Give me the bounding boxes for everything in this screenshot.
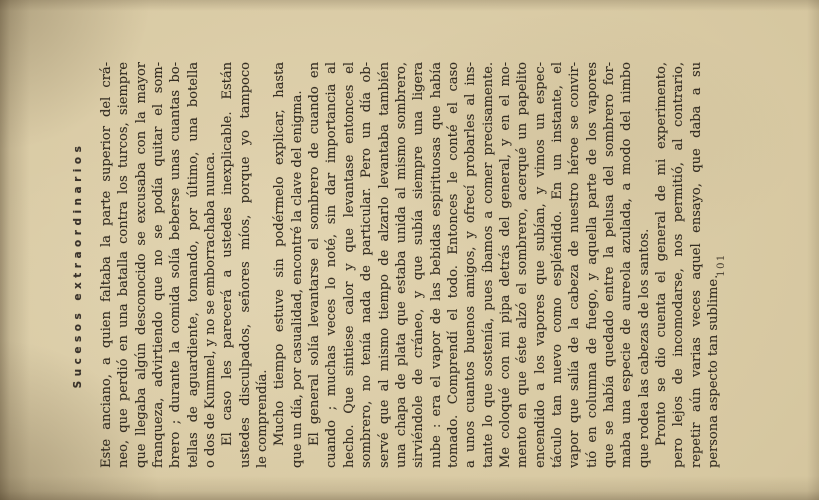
text-line: tante lo que sostenía, pues íbamos a com… [480,62,497,468]
text-line: encendido a los vapores que subían, y vi… [532,62,549,468]
text-line: mento en que éste alzó el sombrero, acer… [514,62,531,468]
text-line: o dos de Kummel, y no se emborrachaba nu… [202,62,219,468]
text-line: El caso les parecerá a ustedes inexplica… [219,62,236,468]
paragraph: Pronto se dio cuenta el general de mi ex… [653,62,722,468]
text-line: tomado. Comprendí el todo. Entonces le c… [445,62,462,468]
text-line: que un día, por casualidad, encontré la … [289,62,306,468]
text-line: una chapa de plata que estaba unida al m… [393,62,410,468]
text-line: cuando ; muchas veces lo noté, sin dar i… [323,62,340,468]
text-line: que llegaba algún desconocido se excusab… [133,62,150,468]
text-line: Me coloqué con mi pipa detrás del genera… [497,62,514,468]
text-line: hecho. Que sintiese calor y que levantas… [341,62,358,468]
text-line: neo, que perdió en una batalla contra lo… [115,62,132,468]
text-line: Pronto se dio cuenta el general de mi ex… [653,62,670,468]
text-line: ustedes disculpados, señores míos, porqu… [237,62,254,468]
text-line: nube : era el vapor de las bebidas espir… [428,62,445,468]
text-line: que rodea las cabezas de los santos. [636,62,653,468]
text-line: repetir aún varias veces aquel ensayo, q… [688,62,705,468]
text-line: pero lejos de incomodarse, nos permitió,… [670,62,687,468]
text-line: a unos cuantos buenos amigos, y ofrecí p… [462,62,479,468]
text-line: franqueza, advirtiendo que no se podía q… [150,62,167,468]
running-header: Sucesos extraordinarios [72,62,84,468]
text-line: vapor que salía de la cabeza de nuestro … [566,62,583,468]
text-line: brero ; durante la comida solía beberse … [167,62,184,468]
text-line: tió en columna de fuego, y aquella parte… [584,62,601,468]
text-line: El general solía levantarse el sombrero … [306,62,323,468]
text-line: táculo tan nuevo como espléndido. En un … [549,62,566,468]
book-page-scan: Sucesos extraordinarios Este anciano, a … [0,0,819,500]
paragraph: Mucho tiempo estuve sin podérmelo explic… [271,62,306,468]
text-line: Este anciano, a quien faltaba la parte s… [98,62,115,468]
page-number: 101 [716,62,727,468]
text-line: le comprendía. [254,62,271,468]
paragraph: El caso les parecerá a ustedes inexplica… [219,62,271,468]
text-line: Mucho tiempo estuve sin podérmelo explic… [271,62,288,468]
text-line: sirviéndole de cráneo, y que subía siemp… [410,62,427,468]
text-line: servé que al mismo tiempo de alzarlo lev… [376,62,393,468]
text-line: tellas de aguardiente, tomando, por últi… [185,62,202,468]
text-line: que se había quedado entre la pelusa del… [601,62,618,468]
body-text: Este anciano, a quien faltaba la parte s… [98,62,722,468]
page-reading-frame: Sucesos extraordinarios Este anciano, a … [0,0,819,500]
paragraph: El general solía levantarse el sombrero … [306,62,653,468]
text-line: sombrero, no tenía nada de particular. P… [358,62,375,468]
text-line: maba una especie de aureola azulada, a m… [618,62,635,468]
paragraph: Este anciano, a quien faltaba la parte s… [98,62,219,468]
